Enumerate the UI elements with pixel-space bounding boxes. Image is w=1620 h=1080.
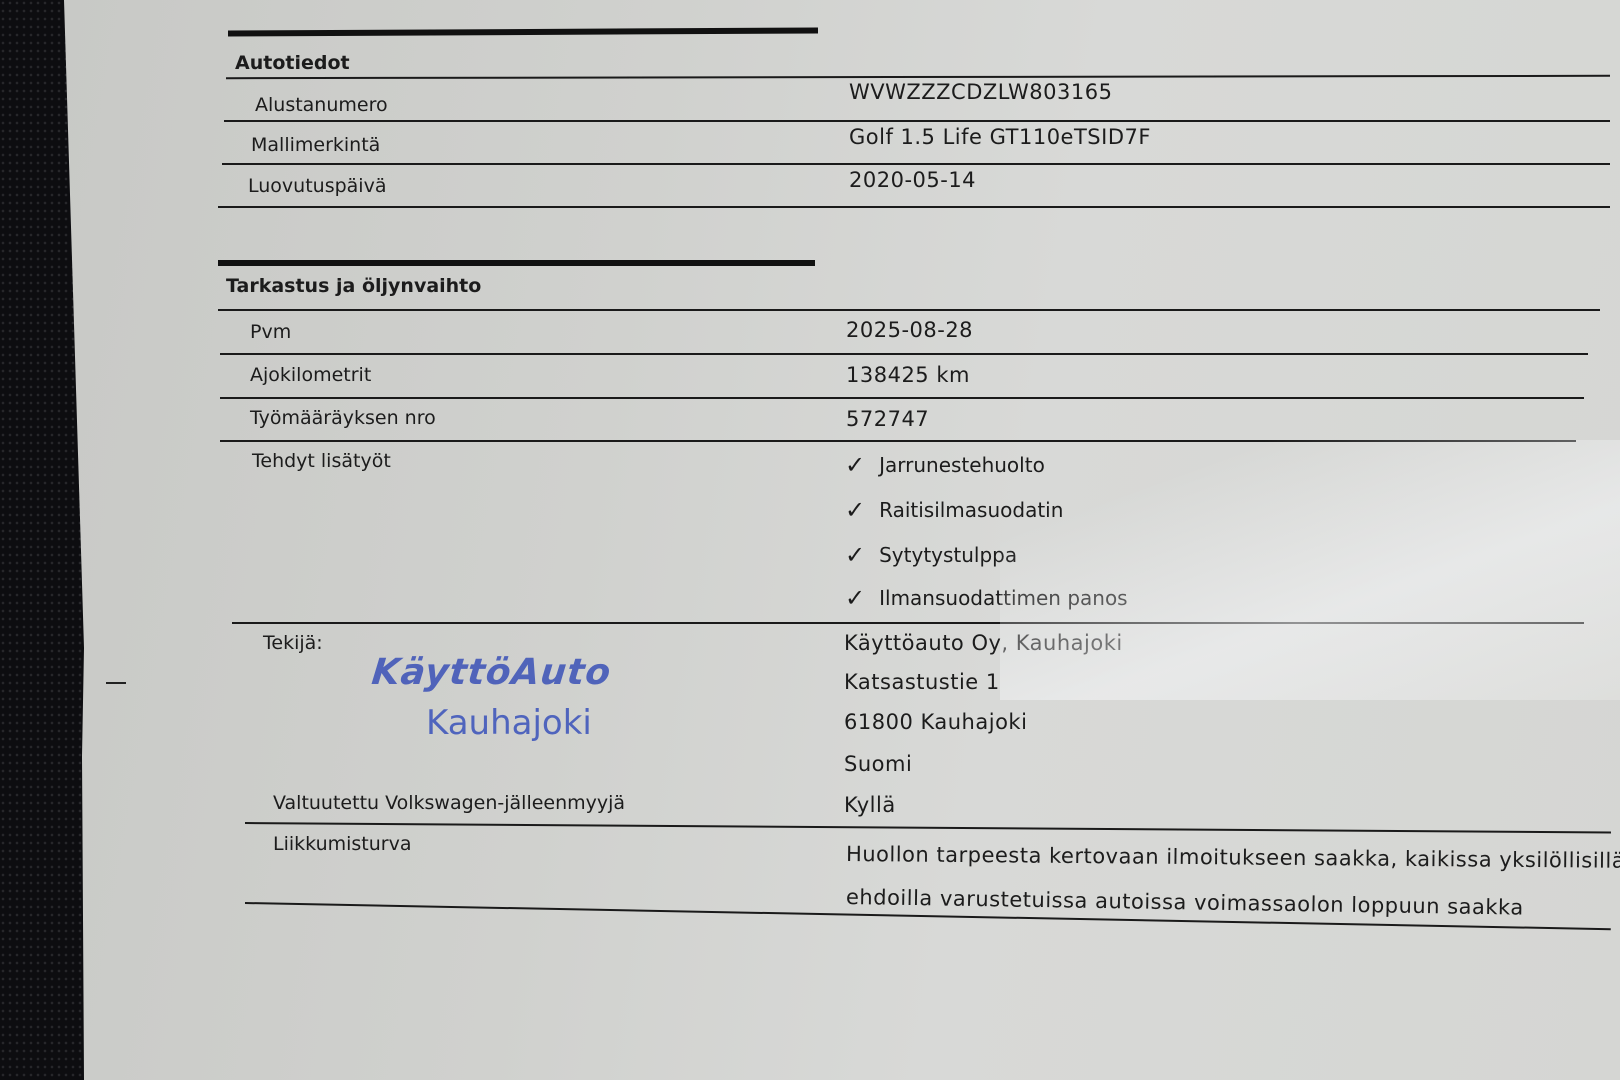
extra-work-item: ✓ Sytytystulppa (845, 543, 1017, 567)
value-work-order: 572747 (846, 407, 929, 431)
label-extra-work: Tehdyt lisätyöt (252, 450, 391, 472)
check-icon: ✓ (845, 586, 865, 610)
dealer-stamp-brand: KäyttöAuto (370, 652, 613, 693)
label-performer: Tekijä: (263, 632, 323, 654)
check-icon: ✓ (845, 543, 865, 567)
label-vin: Alustanumero (255, 94, 388, 116)
value-authorized-dealer: Kyllä (844, 793, 896, 817)
service-record-sheet (64, 0, 1620, 1080)
dealer-stamp-city: Kauhajoki (426, 703, 592, 743)
extra-work-item: ✓ Jarrunestehuolto (845, 453, 1045, 477)
row-divider (222, 163, 1610, 165)
label-mileage: Ajokilometrit (250, 364, 371, 386)
label-mobility: Liikkumisturva (273, 833, 411, 855)
label-authorized-dealer: Valtuutettu Volkswagen-jälleenmyyjä (273, 792, 625, 814)
value-delivery-date: 2020-05-14 (849, 168, 976, 192)
row-divider (218, 206, 1610, 208)
address-line: 61800 Kauhajoki (844, 710, 1027, 734)
value-date: 2025-08-28 (846, 318, 973, 342)
value-vin: WVWZZZCDZLW803165 (849, 80, 1112, 104)
address-line: Käyttöauto Oy, Kauhajoki (844, 631, 1123, 655)
value-model: Golf 1.5 Life GT110eTSID7F (849, 125, 1151, 149)
check-icon: ✓ (845, 498, 865, 522)
row-divider (218, 309, 1600, 311)
extra-work-item: ✓ Raitisilmasuodatin (845, 498, 1063, 522)
label-model: Mallimerkintä (251, 134, 380, 156)
label-delivery-date: Luovutuspäivä (248, 175, 386, 197)
row-divider (220, 397, 1584, 399)
value-mileage: 138425 km (846, 363, 970, 387)
row-divider (232, 622, 1584, 624)
address-line: Suomi (844, 752, 912, 776)
margin-mark (106, 682, 126, 684)
section-title-service: Tarkastus ja öljynvaihto (226, 275, 481, 297)
extra-work-item: ✓ Ilmansuodattimen panos (845, 586, 1128, 610)
row-divider (220, 353, 1588, 355)
row-divider (220, 440, 1576, 442)
section-title-vehicle: Autotiedot (235, 52, 350, 74)
label-date: Pvm (250, 321, 291, 343)
section-divider-thick (218, 260, 815, 266)
check-icon: ✓ (845, 453, 865, 477)
row-divider (224, 120, 1610, 122)
address-line: Katsastustie 1 (844, 670, 1000, 694)
label-work-order: Työmääräyksen nro (250, 407, 436, 429)
